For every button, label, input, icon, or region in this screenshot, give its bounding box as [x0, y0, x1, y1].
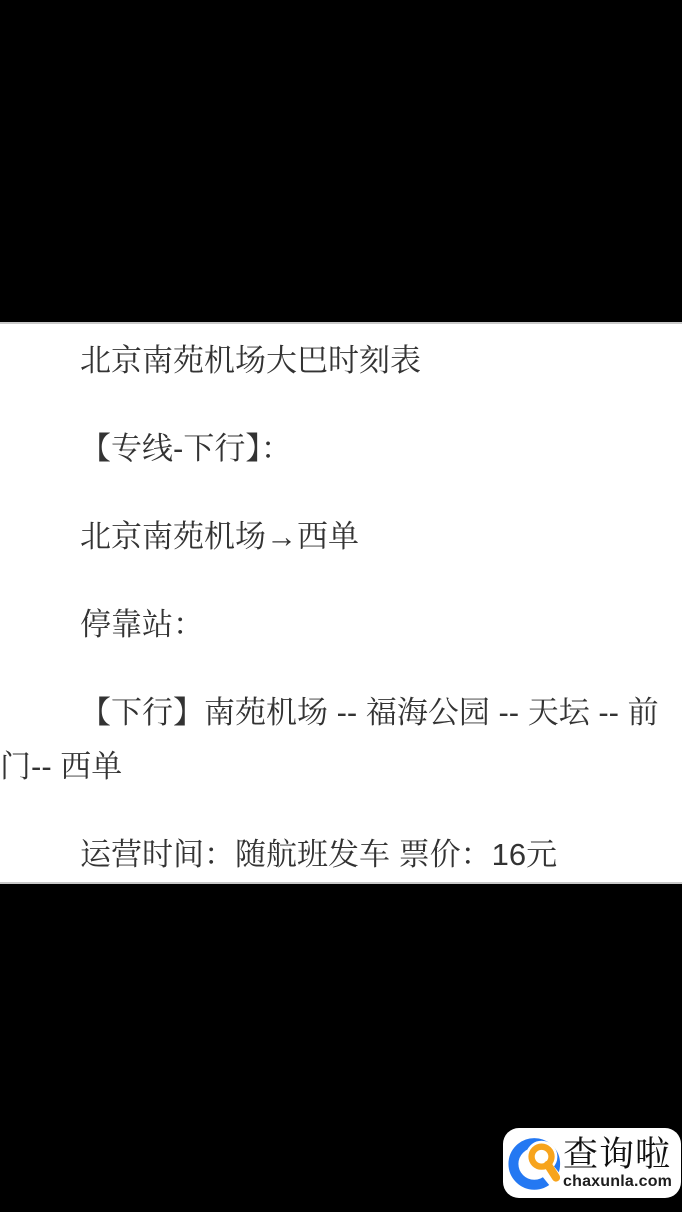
paragraph-stops-label: 停靠站： — [0, 598, 682, 652]
paragraph-route: 北京南苑机场→西单 — [0, 510, 682, 564]
brand-name: 查询啦 — [563, 1136, 672, 1173]
paragraph-operation: 运营时间：随航班发车 票价：16元 — [0, 828, 682, 882]
brand-text-block: 查询啦 chaxunla.com — [563, 1136, 672, 1190]
content-panel: 北京南苑机场大巴时刻表 【专线-下行】： 北京南苑机场→西单 停靠站： 【下行】… — [0, 322, 682, 884]
paragraph-stops: 【下行】南苑机场 -- 福海公园 -- 天坛 -- 前门-- 西单 — [0, 686, 682, 794]
magnifier-logo-icon — [508, 1134, 566, 1192]
doc-title: 北京南苑机场大巴时刻表 — [0, 334, 682, 388]
paragraph-line-type: 【专线-下行】： — [0, 422, 682, 476]
screenshot-stage: 北京南苑机场大巴时刻表 【专线-下行】： 北京南苑机场→西单 停靠站： 【下行】… — [0, 0, 682, 1212]
brand-domain: chaxunla.com — [563, 1173, 672, 1190]
watermark-badge: 查询啦 chaxunla.com — [503, 1128, 681, 1198]
